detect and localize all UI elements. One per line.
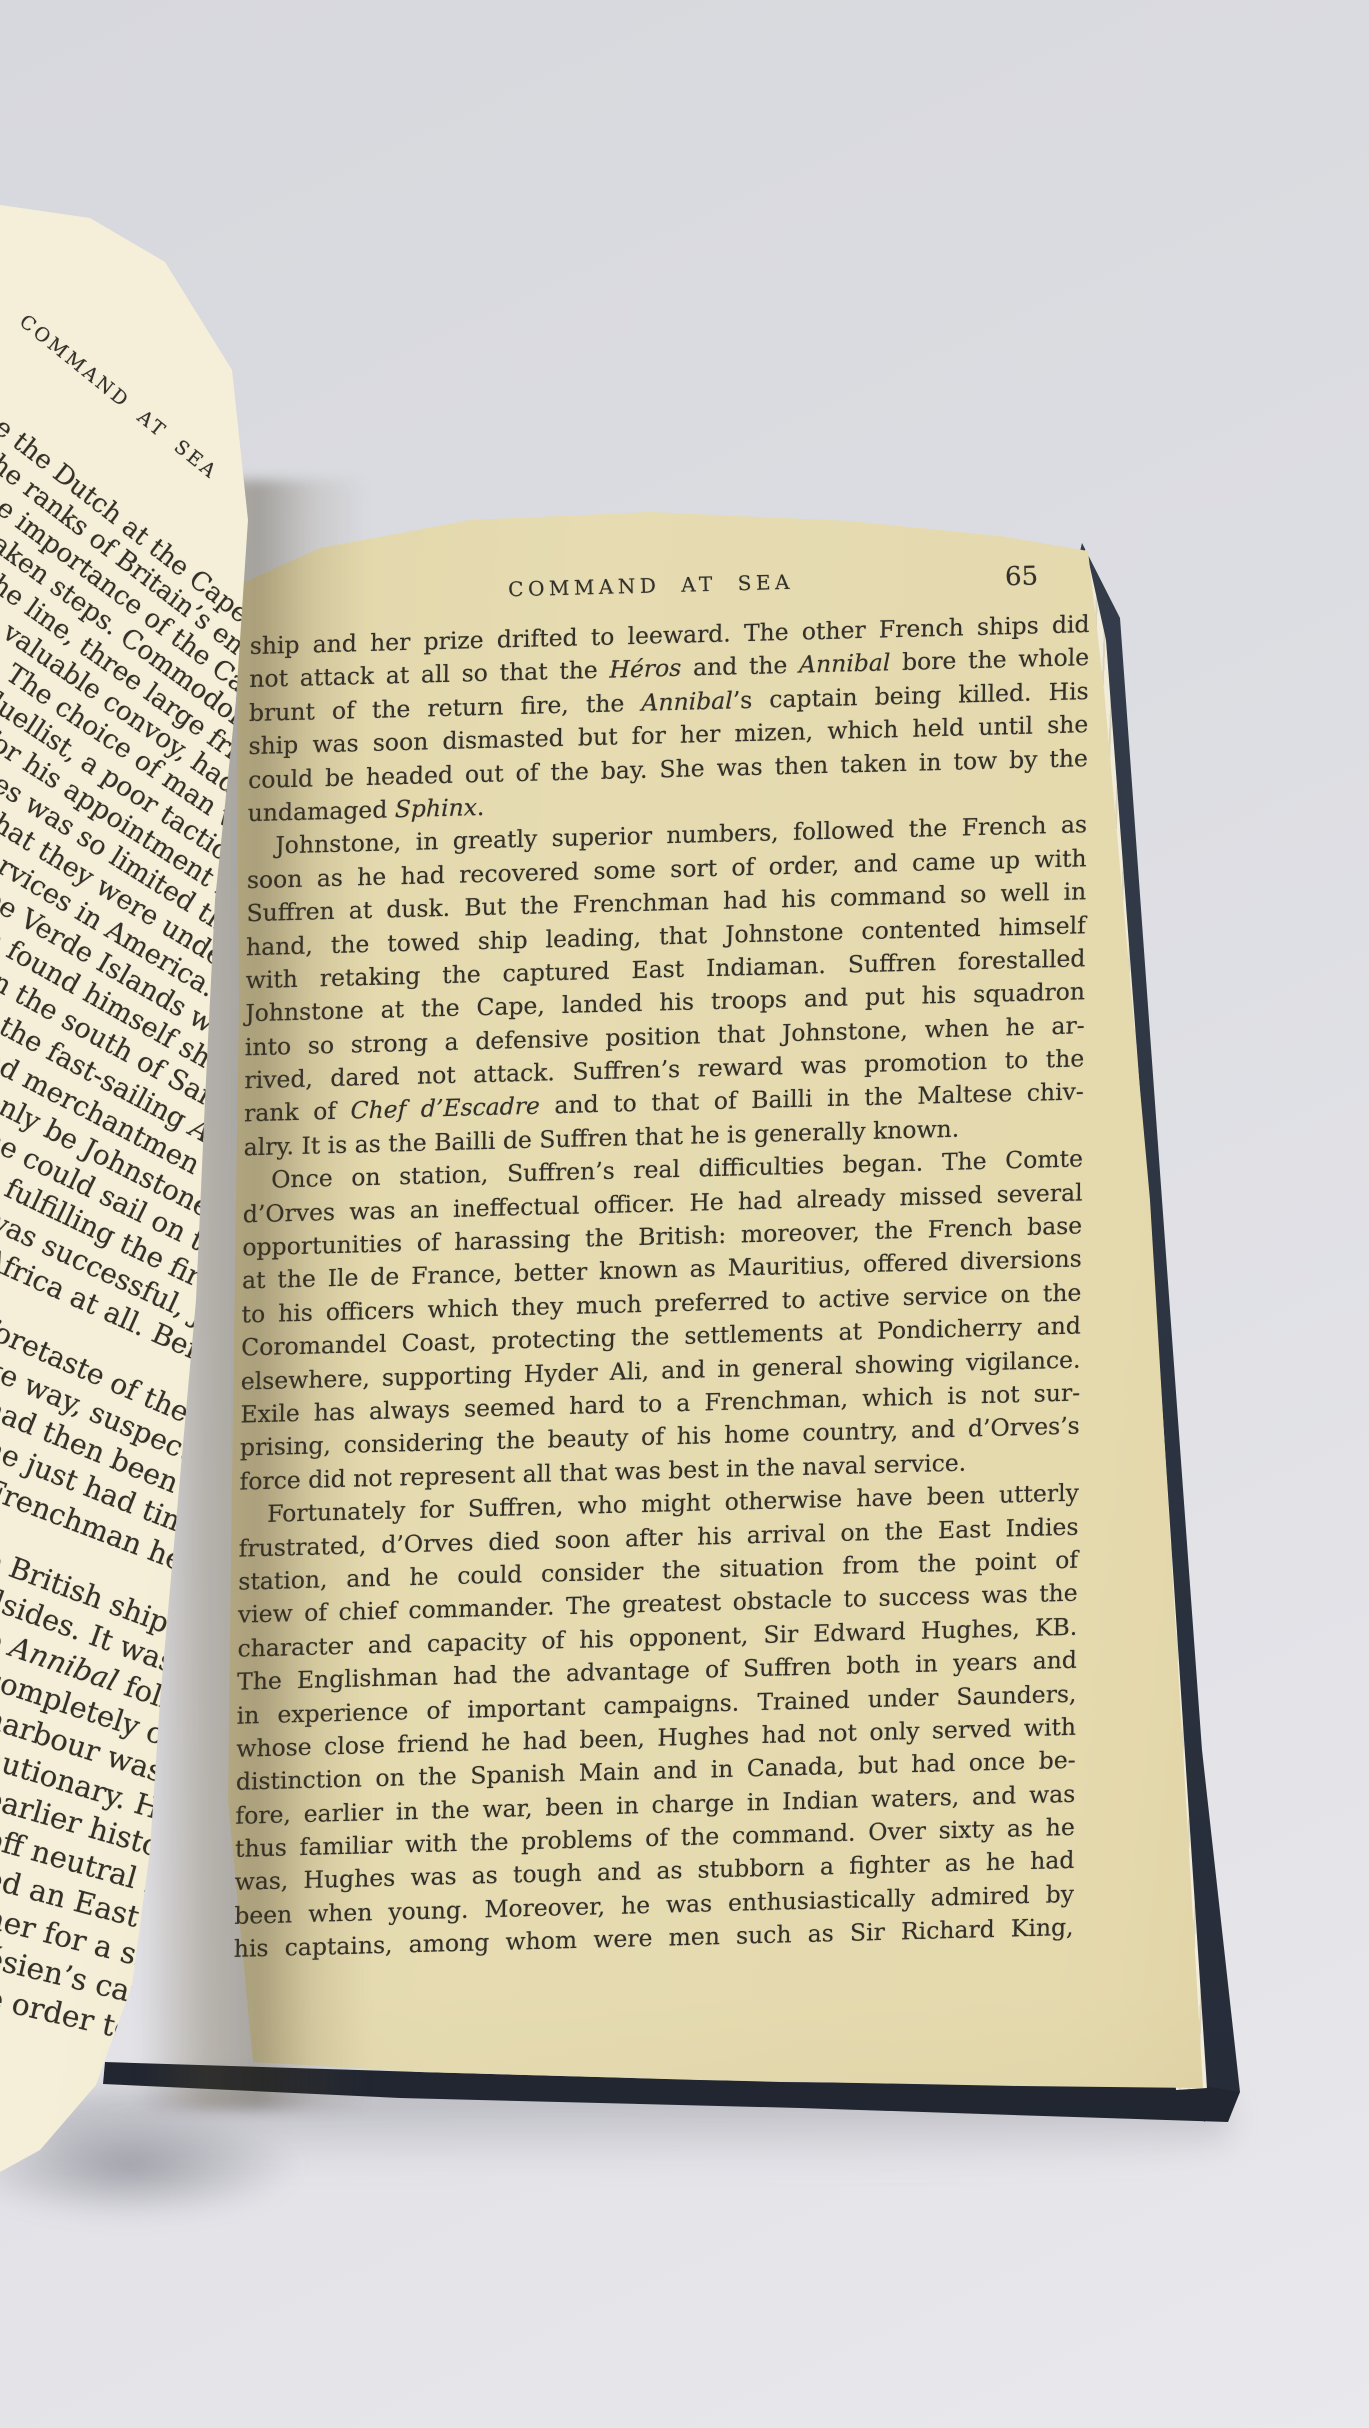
page-number: 65 xyxy=(1005,561,1039,592)
photo-of-open-book: COMMAND AT SEA 65 ship and her prize dri… xyxy=(0,0,1369,2428)
